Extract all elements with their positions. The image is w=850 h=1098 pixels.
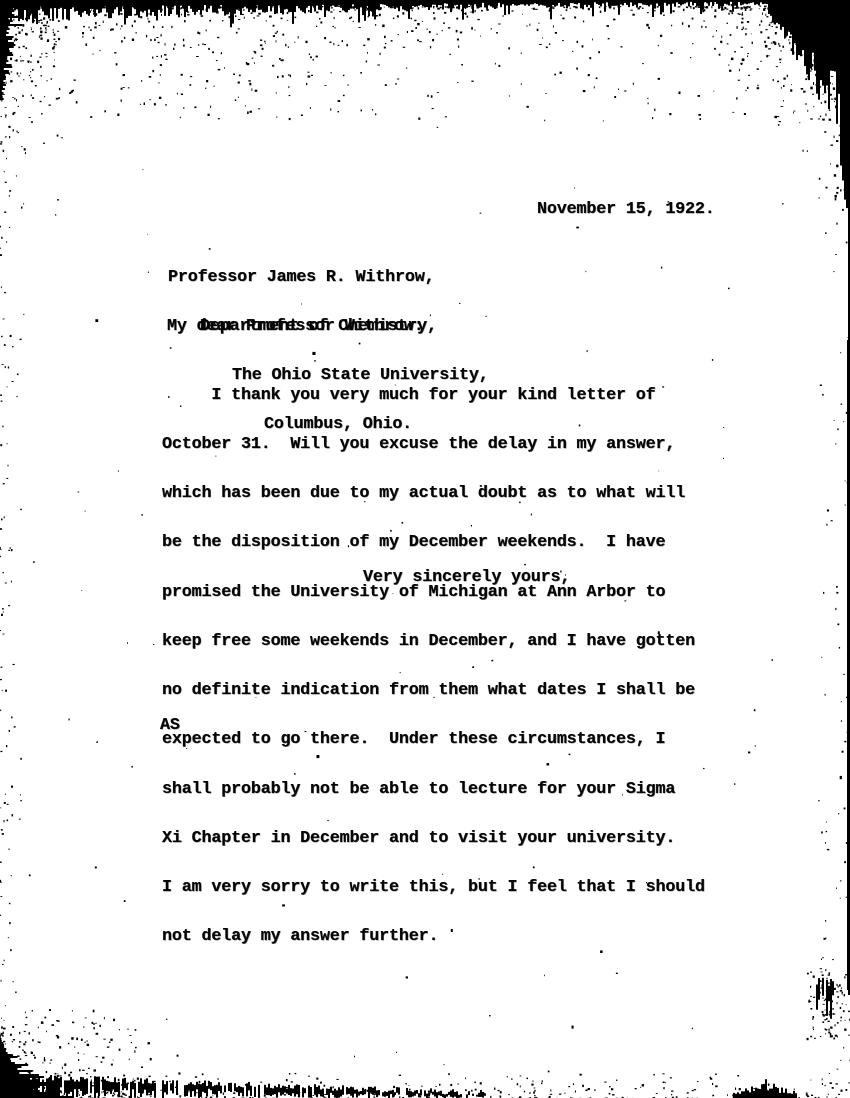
typewritten-letter: November 15, 1922. Professor James R. Wi… bbox=[0, 0, 850, 1098]
body-line: October 31. Will you excuse the delay in… bbox=[162, 437, 705, 453]
body-line: not delay my answer further. bbox=[162, 929, 705, 945]
body-line: be the disposition of my December weeken… bbox=[162, 535, 705, 551]
body-line: expected to go there. Under these circum… bbox=[162, 732, 705, 748]
letter-body: I thank you very much for your kind lett… bbox=[162, 355, 705, 978]
body-line: keep free some weekends in December, and… bbox=[162, 634, 705, 650]
body-line: Xi Chapter in December and to visit your… bbox=[162, 831, 705, 847]
complimentary-closing: Very sincerely yours, bbox=[363, 570, 570, 586]
body-line: which has been due to my actual doubt as… bbox=[162, 486, 705, 502]
recipient-name-line: Professor James R. Withrow, bbox=[168, 270, 489, 286]
scanned-letter-page: November 15, 1922. Professor James R. Wi… bbox=[0, 0, 850, 1098]
letter-date: November 15, 1922. bbox=[537, 202, 715, 218]
body-line: shall probably not be able to lecture fo… bbox=[162, 782, 705, 798]
typist-initials: AS bbox=[160, 718, 180, 734]
salutation: My dear Professor Withrow: bbox=[167, 319, 424, 335]
body-line: I am very sorry to write this, but I fee… bbox=[162, 880, 705, 896]
body-line: I thank you very much for your kind lett… bbox=[162, 388, 705, 404]
body-line: no definite indication from them what da… bbox=[162, 683, 705, 699]
body-line: promised the University of Michigan at A… bbox=[162, 585, 705, 601]
